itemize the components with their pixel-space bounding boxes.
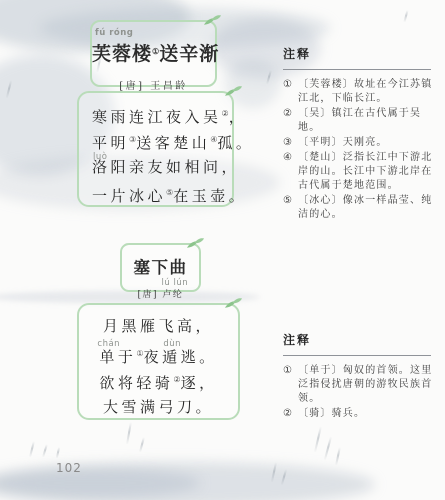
poem1-title-box: fú róng芙蓉楼①送辛渐 [唐] 王昌龄	[90, 20, 217, 87]
poem2-author-text: [唐] 卢纶	[138, 290, 184, 300]
notes-heading: 注释	[283, 45, 437, 62]
poem1-title-text: 芙蓉楼	[92, 43, 152, 65]
note-item: ② 〔骑〕骑兵。	[283, 407, 437, 421]
poem1-title-pinyin: fú róng	[95, 28, 133, 38]
rain-streak	[324, 436, 332, 460]
poem2-author-pinyin: lú lún	[162, 278, 189, 288]
notes-heading: 注释	[283, 331, 437, 348]
note-text: 〔平明〕天刚亮。	[298, 136, 437, 150]
pinyin-annotation: luò	[93, 149, 107, 165]
note-item: ① 〔单于〕匈奴的首领。这里泛指侵扰唐朝的游牧民族首领。	[283, 364, 437, 406]
rain-streak	[266, 70, 271, 84]
footnote-ref: ②	[222, 109, 229, 118]
note-number: ②	[283, 407, 298, 421]
pinyin-annotation: chán	[97, 336, 120, 352]
poem-line-text: 欲将轻骑	[99, 374, 173, 392]
leaf-decoration-icon	[203, 14, 222, 26]
notes-divider	[283, 69, 431, 70]
poem-line: 大雪满弓刀。	[79, 399, 238, 415]
leaf-decoration-icon	[186, 237, 205, 249]
rain-streak	[403, 10, 408, 22]
watercolor-wash	[0, 468, 200, 498]
poem1-author: [唐] 王昌龄	[92, 77, 215, 92]
poem-line-text: ，	[229, 108, 248, 126]
poem-line: 平明③送客楚山④孤。	[79, 132, 232, 148]
poem1-text-box: 寒雨连江夜入吴②， 平明③送客楚山④孤。 luò洛阳亲友如相问， 一片冰心⑤在玉…	[77, 91, 234, 207]
footnote-ref: ②	[173, 375, 180, 384]
pinyin-annotation: dùn	[163, 336, 181, 352]
poem-line-text: 洛阳亲友如相问，	[92, 158, 240, 176]
rain-streak	[271, 462, 277, 482]
poem-line-text: 一片冰心	[92, 187, 166, 205]
rain-streak	[56, 447, 60, 458]
poem-line-text: 送客楚山	[136, 134, 210, 152]
footnote-ref: ①	[136, 349, 143, 358]
note-item: ⑤ 〔冰心〕像冰一样晶莹、纯洁的心。	[283, 194, 437, 222]
rain-streak	[314, 426, 321, 452]
rain-streak	[281, 469, 287, 485]
rain-streak	[139, 437, 144, 452]
note-text: 〔单于〕匈奴的首领。这里泛指侵扰唐朝的游牧民族首领。	[298, 364, 437, 406]
notes-section-2: 注释 ① 〔单于〕匈奴的首领。这里泛指侵扰唐朝的游牧民族首领。 ② 〔骑〕骑兵。	[283, 331, 437, 422]
poem-line: chándùn单于①夜遁逃。	[79, 346, 238, 362]
leaf-decoration-icon	[224, 85, 243, 97]
poem-line: luò洛阳亲友如相问，	[79, 159, 232, 175]
note-item: ① 〔芙蓉楼〕故址在今江苏镇江北，下临长江。	[283, 78, 437, 106]
note-text: 〔吴〕镇江在古代属于吴地。	[298, 107, 437, 135]
note-number: ①	[283, 364, 298, 406]
note-number: ③	[283, 136, 298, 150]
poem-line-text: 月黑雁飞高，	[103, 317, 214, 335]
note-number: ④	[283, 151, 298, 193]
note-number: ①	[283, 78, 298, 106]
poem-line-text: 在玉壶。	[173, 187, 247, 205]
rain-streak	[29, 441, 34, 457]
poem2-author: lú lún[唐] 卢纶	[122, 287, 199, 300]
poem-line-text: 逐，	[181, 374, 218, 392]
note-number: ②	[283, 107, 298, 135]
notes-divider	[283, 355, 431, 356]
notes-section-1: 注释 ① 〔芙蓉楼〕故址在今江苏镇江北，下临长江。 ② 〔吴〕镇江在古代属于吴地…	[283, 45, 437, 223]
note-text: 〔楚山〕泛指长江中下游北岸的山。长江中下游北岸在古代属于楚地范围。	[298, 151, 437, 193]
poem1-title: fú róng芙蓉楼①送辛渐	[92, 39, 215, 66]
note-item: ③ 〔平明〕天刚亮。	[283, 136, 437, 150]
page-number: 102	[56, 461, 82, 475]
note-item: ④ 〔楚山〕泛指长江中下游北岸的山。长江中下游北岸在古代属于楚地范围。	[283, 151, 437, 193]
poem2-title: 塞下曲	[122, 254, 199, 278]
poem-line: 一片冰心⑤在玉壶。	[79, 185, 232, 201]
poem-line: 月黑雁飞高，	[79, 318, 238, 334]
poem-line-text: 寒雨连江夜入吴	[92, 108, 222, 126]
rain-streak	[42, 444, 47, 457]
poem-line: 欲将轻骑②逐，	[79, 372, 238, 388]
poem-line-text: 大雪满弓刀。	[103, 398, 214, 416]
note-text: 〔冰心〕像冰一样晶莹、纯洁的心。	[298, 194, 437, 222]
poem2-title-box: 塞下曲 lú lún[唐] 卢纶	[120, 243, 201, 292]
poem-line: 寒雨连江夜入吴②，	[79, 106, 232, 122]
rain-streak	[126, 422, 131, 444]
rain-streak	[335, 447, 340, 465]
note-number: ⑤	[283, 194, 298, 222]
note-text: 〔骑〕骑兵。	[298, 407, 437, 421]
poem1-title-text: 送辛渐	[159, 43, 219, 65]
note-text: 〔芙蓉楼〕故址在今江苏镇江北，下临长江。	[298, 78, 437, 106]
leaf-decoration-icon	[224, 297, 243, 309]
poem-line-text: 孤。	[217, 134, 254, 152]
poem2-text-box: 月黑雁飞高， chándùn单于①夜遁逃。 欲将轻骑②逐， 大雪满弓刀。	[77, 303, 240, 420]
rain-streak	[6, 80, 12, 98]
note-item: ② 〔吴〕镇江在古代属于吴地。	[283, 107, 437, 135]
